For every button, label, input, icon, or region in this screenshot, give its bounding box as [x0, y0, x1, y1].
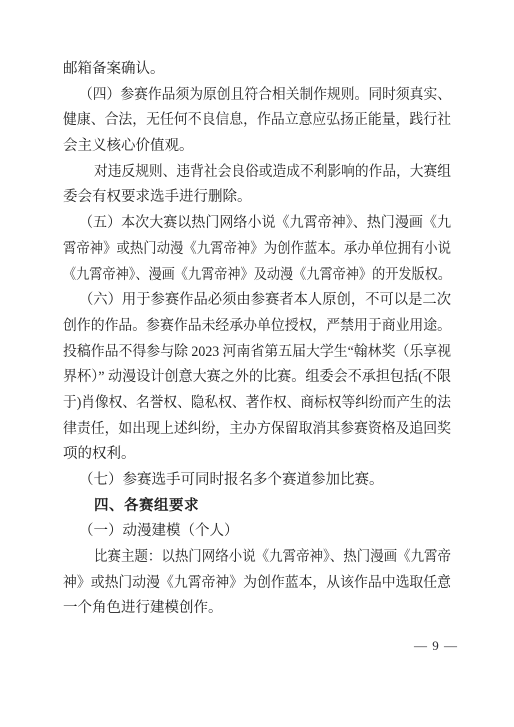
text-line-content: 一个角色进行建模创作。 [63, 596, 223, 622]
text-line-content: （六）用于参赛作品必须由参赛者本人原创，不可以是二次 [79, 288, 451, 314]
text-line-content: 于)肖像权、名誉权、隐私权、著作权、商标权等纠纷而产生的法 [63, 391, 451, 417]
text-line: 项的权利。 [63, 442, 451, 468]
text-line: 于)肖像权、名誉权、隐私权、著作权、商标权等纠纷而产生的法 [63, 391, 451, 417]
text-line: 对违反规则、违背社会良俗或造成不利影响的作品，大赛组 [63, 160, 451, 186]
text-line: 《九霄帝神》、漫画《九霄帝神》及动漫《九霄帝神》的开发版权。 [63, 263, 451, 289]
text-line-content: 会主义核心价值观。 [63, 134, 194, 160]
text-line: 律责任，如出现上述纠纷，主办方保留取消其参赛资格及追回奖 [63, 417, 451, 443]
text-line: 投稿作品不得参与除 2023 河南省第五届大学生“翰林奖（乐享视 [63, 340, 451, 366]
document-page: 邮箱备案确认。（四）参赛作品须为原创且符合相关制作规则。同时须真实、健康、合法，… [0, 0, 514, 727]
text-line-content: 项的权利。 [63, 442, 136, 468]
text-line: 比赛主题：以热门网络小说《九霄帝神》、热门漫画《九霄帝 [63, 545, 451, 571]
text-line-content: 霄帝神》或热门动漫《九霄帝神》为创作蓝本。承办单位拥有小说 [63, 237, 451, 263]
text-line: （五）本次大赛以热门网络小说《九霄帝神》、热门漫画《九 [63, 211, 451, 237]
text-line-content: （一）动漫建模（个人） [79, 519, 239, 545]
text-line-content: 委会有权要求选手进行删除。 [63, 185, 252, 211]
text-line-content: 《九霄帝神》、漫画《九霄帝神》及动漫《九霄帝神》的开发版权。 [63, 263, 451, 289]
text-line: 霄帝神》或热门动漫《九霄帝神》为创作蓝本。承办单位拥有小说 [63, 237, 451, 263]
page-number: — 9 — [414, 638, 458, 654]
text-line-content: 邮箱备案确认。 [63, 57, 165, 83]
text-line-content: 四、各赛组要求 [94, 494, 199, 520]
text-line: 界杯）” 动漫设计创意大赛之外的比赛。组委会不承担包括(不限 [63, 365, 451, 391]
text-line-content: 律责任，如出现上述纠纷，主办方保留取消其参赛资格及追回奖 [63, 417, 451, 443]
text-line: 神》或热门动漫《九霄帝神》为创作蓝本，从该作品中选取任意 [63, 571, 451, 597]
text-line: （六）用于参赛作品必须由参赛者本人原创，不可以是二次 [63, 288, 451, 314]
text-line-content: 健康、合法，无任何不良信息，作品立意应弘扬正能量，践行社 [63, 108, 451, 134]
text-line-content: （七）参赛选手可同时报名多个赛道参加比赛。 [79, 468, 384, 494]
text-line: （七）参赛选手可同时报名多个赛道参加比赛。 [63, 468, 451, 494]
text-line: （四）参赛作品须为原创且符合相关制作规则。同时须真实、 [63, 83, 451, 109]
text-line: 委会有权要求选手进行删除。 [63, 185, 451, 211]
text-line: 健康、合法，无任何不良信息，作品立意应弘扬正能量，践行社 [63, 108, 451, 134]
text-line-content: 对违反规则、违背社会良俗或造成不利影响的作品，大赛组 [94, 160, 451, 186]
text-line-content: （五）本次大赛以热门网络小说《九霄帝神》、热门漫画《九 [79, 211, 451, 237]
text-line: 会主义核心价值观。 [63, 134, 451, 160]
text-line: 邮箱备案确认。 [63, 57, 451, 83]
text-line-content: 神》或热门动漫《九霄帝神》为创作蓝本，从该作品中选取任意 [63, 571, 451, 597]
text-line-content: 界杯）” 动漫设计创意大赛之外的比赛。组委会不承担包括(不限 [63, 365, 451, 391]
text-line-content: 投稿作品不得参与除 2023 河南省第五届大学生“翰林奖（乐享视 [63, 340, 451, 366]
text-line: 一个角色进行建模创作。 [63, 596, 451, 622]
document-body-text: 邮箱备案确认。（四）参赛作品须为原创且符合相关制作规则。同时须真实、健康、合法，… [63, 57, 451, 622]
text-line: 四、各赛组要求 [63, 494, 451, 520]
text-line-content: 比赛主题：以热门网络小说《九霄帝神》、热门漫画《九霄帝 [94, 545, 451, 571]
text-line-content: 创作的作品。参赛作品未经承办单位授权，严禁用于商业用途。 [63, 314, 451, 340]
text-line: 创作的作品。参赛作品未经承办单位授权，严禁用于商业用途。 [63, 314, 451, 340]
text-line-content: （四）参赛作品须为原创且符合相关制作规则。同时须真实、 [79, 83, 451, 109]
text-line: （一）动漫建模（个人） [63, 519, 451, 545]
